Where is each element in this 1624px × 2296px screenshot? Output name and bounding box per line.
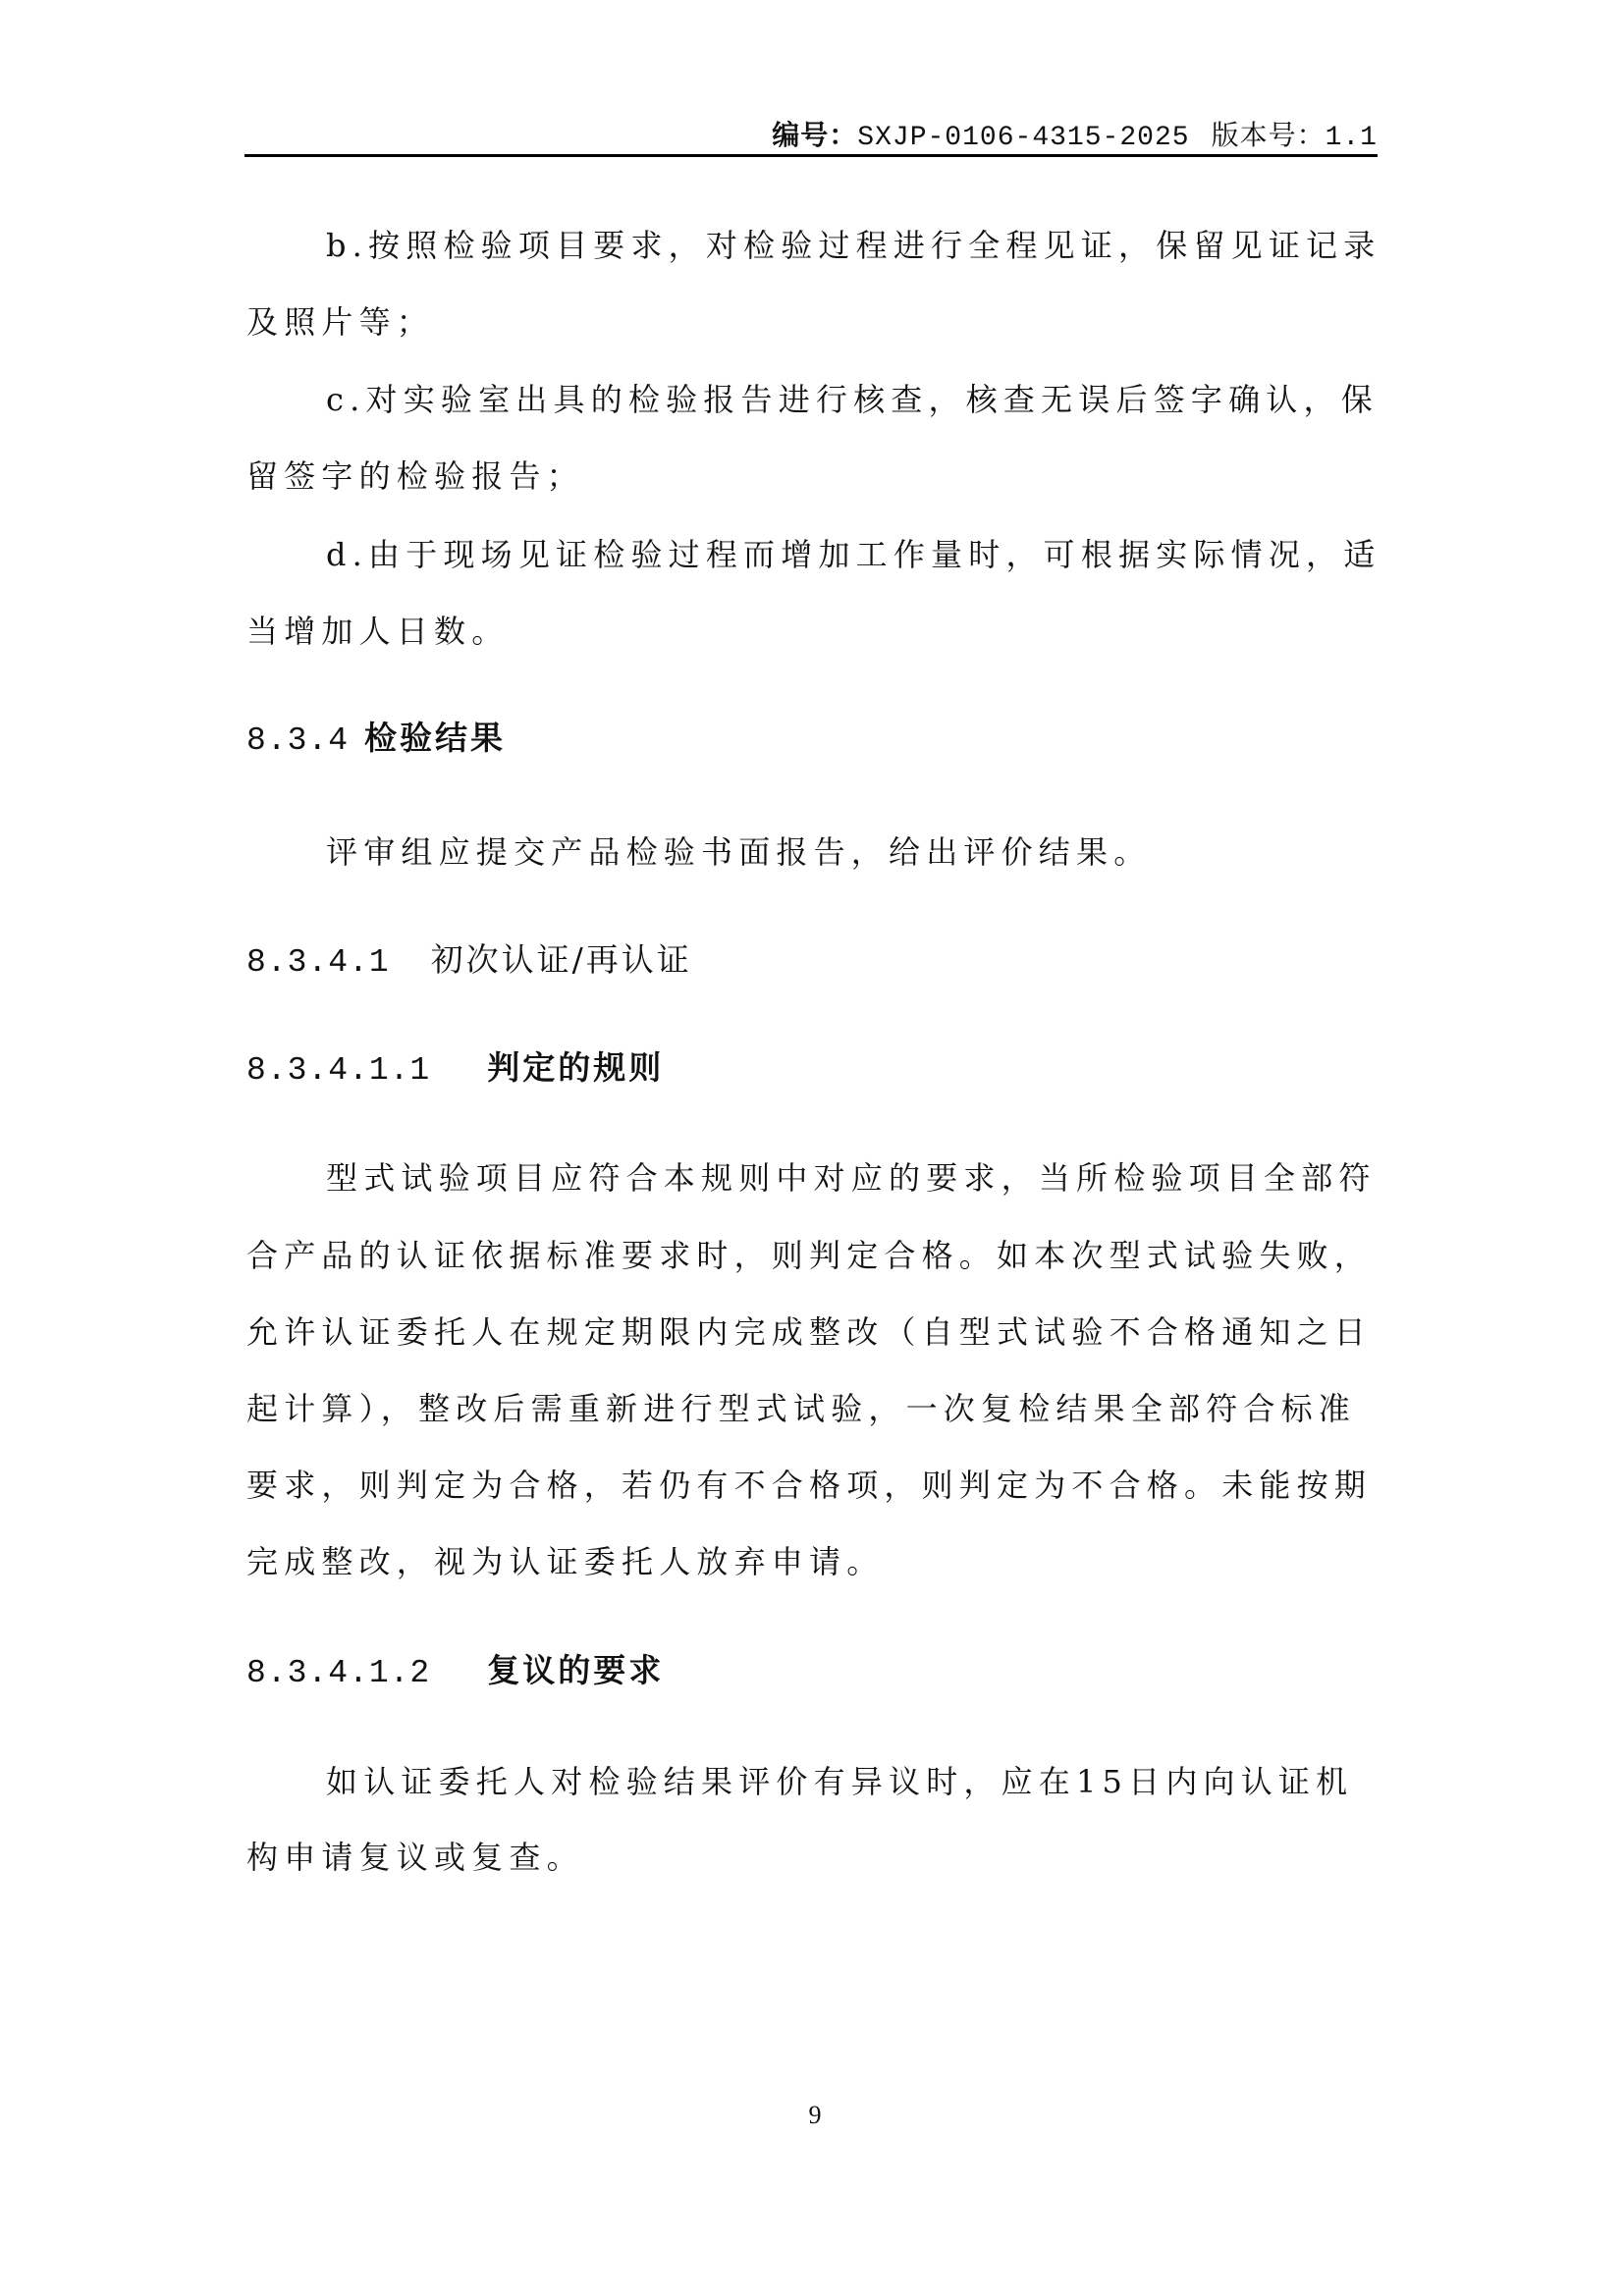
document-page: 编号：SXJP-0106-4315-2025版本号：1.1 b.按照检验项目要求… xyxy=(0,0,1624,2296)
item-d-line-1: d.由于现场见证检验过程而增加工作量时，可根据实际情况，适 xyxy=(326,533,1465,576)
section-title: 复议的要求 xyxy=(487,1651,664,1689)
section-heading-8-3-4: 8.3.4检验结果 xyxy=(246,717,506,760)
appeal-paragraph-line-2: 构申请复议或复查。 xyxy=(246,1836,1385,1879)
section-number: 8.3.4 xyxy=(246,722,349,759)
rule-paragraph-line-4: 起计算），整改后需重新进行型式试验，一次复检结果全部符合标准 xyxy=(246,1387,1385,1430)
section-number: 8.3.4.1.1 xyxy=(246,1052,430,1089)
version-label: 版本号： xyxy=(1212,119,1326,151)
document-code-value: SXJP-0106-4315-2025 xyxy=(857,123,1189,153)
rule-paragraph-line-1: 型式试验项目应符合本规则中对应的要求，当所检验项目全部符 xyxy=(326,1156,1465,1200)
document-code-label: 编号： xyxy=(772,119,857,151)
rule-paragraph-line-2: 合产品的认证依据标准要求时，则判定合格。如本次型式试验失败， xyxy=(246,1234,1385,1277)
header-rule xyxy=(244,154,1378,157)
appeal-paragraph-line-1: 如认证委托人对检验结果评价有异议时，应在15日内向认证机 xyxy=(326,1760,1465,1803)
page-header: 编号：SXJP-0106-4315-2025版本号：1.1 xyxy=(244,116,1378,155)
section-heading-8-3-4-1: 8.3.4.1初次认证/再认证 xyxy=(246,938,692,982)
section-heading-8-3-4-1-2: 8.3.4.1.2复议的要求 xyxy=(246,1649,664,1692)
rule-paragraph-line-3: 允许认证委托人在规定期限内完成整改（自型式试验不合格通知之日 xyxy=(246,1310,1385,1354)
section-8-3-4-paragraph: 评审组应提交产品检验书面报告，给出评价结果。 xyxy=(326,830,1465,874)
rule-paragraph-line-5: 要求，则判定为合格，若仍有不合格项，则判定为不合格。未能按期 xyxy=(246,1464,1385,1507)
item-c-line-1: c.对实验室出具的检验报告进行核查，核查无误后签字确认，保 xyxy=(326,378,1465,421)
item-d-line-2: 当增加人日数。 xyxy=(246,610,1385,653)
item-c-line-2: 留签字的检验报告； xyxy=(246,454,1385,498)
page-number: 9 xyxy=(795,2099,835,2132)
item-b-line-2: 及照片等； xyxy=(246,300,1385,344)
version-value: 1.1 xyxy=(1326,123,1378,153)
section-title: 初次认证/再认证 xyxy=(431,940,692,979)
section-title: 检验结果 xyxy=(364,719,506,757)
rule-paragraph-line-6: 完成整改，视为认证委托人放弃申请。 xyxy=(246,1540,1385,1583)
item-b-line-1: b.按照检验项目要求，对检验过程进行全程见证，保留见证记录 xyxy=(326,224,1465,267)
section-heading-8-3-4-1-1: 8.3.4.1.1判定的规则 xyxy=(246,1046,664,1090)
section-number: 8.3.4.1.2 xyxy=(246,1655,430,1691)
section-title: 判定的规则 xyxy=(487,1048,664,1087)
section-number: 8.3.4.1 xyxy=(246,944,390,981)
